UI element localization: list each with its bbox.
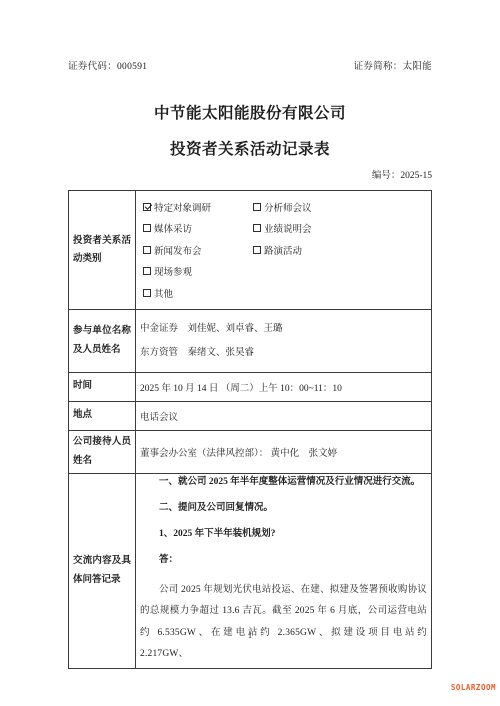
participant-line: 东方资管 秦绪文、张昊睿 xyxy=(140,341,427,365)
content-intro-line: 二、提问及公司回复情况。 xyxy=(140,502,427,515)
checkbox-label: 其他 xyxy=(154,286,173,300)
checkbox-option: 新闻发布会 xyxy=(143,243,253,257)
doc-number: 编号：2025-15 xyxy=(372,167,432,181)
checkbox-option: 特定对象调研 xyxy=(143,200,253,214)
time-value: 2025 年 10 月 14 日 （周二）上午 10：00~11：10 xyxy=(136,372,432,401)
checked-checkbox-icon xyxy=(143,203,151,211)
time-label: 时间 xyxy=(69,372,136,401)
table-row-location: 地点 电话会议 xyxy=(69,401,432,430)
unchecked-checkbox-icon xyxy=(143,246,151,254)
table-row-time: 时间 2025 年 10 月 14 日 （周二）上午 10：00~11：10 xyxy=(69,372,432,401)
checkbox-option: 路演活动 xyxy=(253,243,427,257)
participant-line: 中金证券 刘佳妮、刘卓睿、王璐 xyxy=(140,317,427,341)
reception-label: 公司接待人员姓名 xyxy=(69,430,136,473)
table-row-activity-category: 投资者关系活动类别 特定对象调研 分析师会议 媒体采访 xyxy=(69,191,432,310)
page-subtitle: 投资者关系活动记录表 xyxy=(0,137,500,159)
checkbox-label: 新闻发布会 xyxy=(154,243,202,257)
document-header: 证券代码：000591 证券简称：太阳能 xyxy=(68,58,432,72)
unchecked-checkbox-icon xyxy=(253,224,261,232)
unchecked-checkbox-icon xyxy=(143,267,151,275)
unchecked-checkbox-icon xyxy=(143,289,151,297)
checkbox-label: 媒体采访 xyxy=(154,221,192,235)
location-label: 地点 xyxy=(69,401,136,430)
participants-label: 参与单位名称及人员姓名 xyxy=(69,309,136,372)
checkbox-label: 路演活动 xyxy=(264,243,302,257)
checkbox-label: 分析师会议 xyxy=(264,200,312,214)
reception-value: 董事会办公室（法律风控部）： 黄中化 张文婷 xyxy=(136,430,432,473)
unchecked-checkbox-icon xyxy=(253,246,261,254)
page-number: 1 xyxy=(0,630,500,640)
answer-label: 答： xyxy=(140,554,427,567)
table-row-reception: 公司接待人员姓名 董事会办公室（法律风控部）： 黄中化 张文婷 xyxy=(69,430,432,473)
watermark-text: SOLARZOOM xyxy=(451,683,496,692)
location-value: 电话会议 xyxy=(136,401,432,430)
stock-name: 证券简称：太阳能 xyxy=(354,58,432,72)
checkbox-option: 现场参观 xyxy=(143,264,253,278)
answer-paragraph: 公司 2025 年规划光伏电站投运、在建、拟建及签署预收购协议的总规模力争超过 … xyxy=(140,580,427,666)
participants-value: 中金证券 刘佳妮、刘卓睿、王璐 东方资管 秦绪文、张昊睿 xyxy=(136,309,432,372)
document-page: 证券代码：000591 证券简称：太阳能 中节能太阳能股份有限公司 投资者关系活… xyxy=(0,0,500,706)
unchecked-checkbox-icon xyxy=(253,203,261,211)
page-title: 中节能太阳能股份有限公司 xyxy=(0,101,500,123)
checkbox-option: 其他 xyxy=(143,286,253,300)
checkbox-option: 媒体采访 xyxy=(143,221,253,235)
unchecked-checkbox-icon xyxy=(143,224,151,232)
activity-category-options: 特定对象调研 分析师会议 媒体采访 业绩说明会 xyxy=(136,191,432,310)
checkbox-label: 现场参观 xyxy=(154,264,192,278)
checkbox-option: 分析师会议 xyxy=(253,200,427,214)
stock-code: 证券代码：000591 xyxy=(68,58,147,72)
checkbox-label: 特定对象调研 xyxy=(154,200,211,214)
checkbox-option: 业绩说明会 xyxy=(253,221,427,235)
table-row-participants: 参与单位名称及人员姓名 中金证券 刘佳妮、刘卓睿、王璐 东方资管 秦绪文、张昊睿 xyxy=(69,309,432,372)
activity-category-label: 投资者关系活动类别 xyxy=(69,191,136,310)
question-line: 1、2025 年下半年装机规划? xyxy=(140,528,427,541)
content-intro-line: 一、就公司 2025 年半年度整体运营情况及行业情况进行交流。 xyxy=(140,476,427,489)
record-table: 投资者关系活动类别 特定对象调研 分析师会议 媒体采访 xyxy=(68,190,432,669)
checkbox-label: 业绩说明会 xyxy=(264,221,312,235)
